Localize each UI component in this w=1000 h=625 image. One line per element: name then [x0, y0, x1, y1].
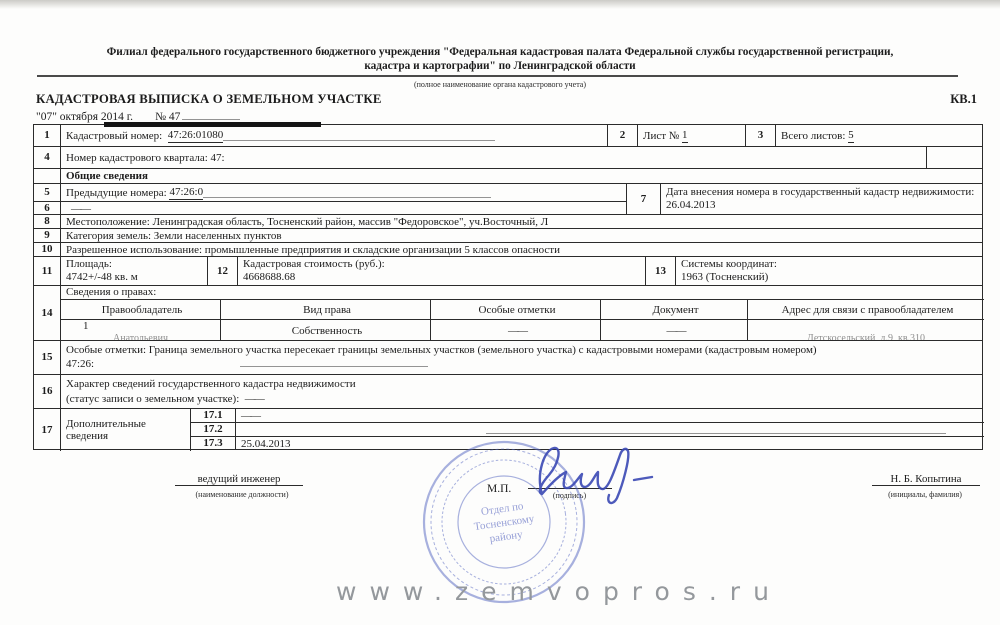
- quarter-number-cell: Номер кадастрового квартала: 47:: [61, 147, 927, 168]
- previous-numbers-label: Предыдущие номера:: [66, 187, 167, 200]
- erased-line: [203, 188, 491, 198]
- org-caption: (полное наименование органа кадастрового…: [0, 80, 1000, 89]
- permitted-use-cell: Разрешенное использование: промышленные …: [61, 243, 984, 256]
- empty-cell: [927, 147, 984, 168]
- additional-info-row: 17.2: [191, 423, 984, 437]
- row-number: 1: [34, 125, 61, 146]
- area-label: Площадь:: [66, 258, 112, 270]
- dash-value: ——: [245, 393, 263, 405]
- row-number: 14: [34, 286, 61, 340]
- table-row-1: 1 Кадастровый номер: 47:26:01080 2 Лист …: [34, 125, 982, 147]
- erased-line: [240, 357, 428, 367]
- name-caption: (инициалы, фамилия): [860, 490, 990, 499]
- table-row-15: 15 Особые отметки: Граница земельного уч…: [34, 341, 982, 375]
- sub-row-code: 17.1: [191, 409, 236, 422]
- row-number: 2: [608, 125, 638, 146]
- special-marks-text: Особые отметки: Граница земельного участ…: [66, 344, 817, 356]
- row-number: 6: [34, 202, 61, 214]
- cadastral-table: 1 Кадастровый номер: 47:26:01080 2 Лист …: [33, 124, 983, 450]
- location-label: Местоположение:: [66, 216, 150, 228]
- registration-date-cell: Дата внесения номера в государственный к…: [661, 184, 984, 214]
- previous-numbers-block: 5 Предыдущие номера: 47:26:0 6 ——: [34, 184, 627, 214]
- coordinate-system-value: 1963 (Тосненский): [681, 271, 768, 283]
- holder-address-cell: Детскосельский, д.9, кв.310: [748, 320, 984, 340]
- total-sheets-cell: Всего листов: 5: [776, 125, 983, 146]
- redaction-bar: [104, 122, 321, 127]
- right-type-header: Вид права: [221, 300, 431, 319]
- row-number: 8: [34, 215, 61, 228]
- doc-title: КАДАСТРОВАЯ ВЫПИСКА О ЗЕМЕЛЬНОМ УЧАСТКЕ: [36, 92, 382, 107]
- record-status-label: (статус записи о земельном участке):: [66, 393, 239, 405]
- table-row-9: 9 Категория земель: Земли населенных пун…: [34, 229, 982, 243]
- holder-index: 1: [61, 320, 220, 333]
- additional-info-label: Дополнительные сведения: [61, 409, 191, 451]
- right-type-value: Собственность: [221, 320, 431, 340]
- row-number: 4: [34, 147, 61, 168]
- row-number: 13: [646, 257, 676, 285]
- header-rule: [37, 75, 958, 77]
- org-name-line1: Филиал федерального государственного бюд…: [0, 46, 1000, 59]
- total-sheets-label: Всего листов:: [781, 130, 845, 143]
- cadastral-value-amount: 4668688.68: [243, 271, 295, 283]
- form-code: КВ.1: [950, 92, 977, 107]
- row-number: 12: [208, 257, 238, 285]
- cadastral-number-label: Кадастровый номер:: [66, 130, 162, 143]
- record-status-text: Характер сведений государственного кадас…: [66, 378, 356, 390]
- document-header: Документ: [601, 300, 748, 319]
- land-category-cell: Категория земель: Земли населенных пункт…: [61, 229, 984, 242]
- special-notes-header: Особые отметки: [431, 300, 601, 319]
- table-row-14: 14 Сведения о правах: Правообладатель Ви…: [34, 286, 982, 341]
- row-number: 5: [34, 184, 61, 201]
- rights-block: Сведения о правах: Правообладатель Вид п…: [61, 286, 984, 340]
- sub-row-code: 17.2: [191, 423, 236, 436]
- table-row-10: 10 Разрешенное использование: промышленн…: [34, 243, 982, 257]
- row-number: 9: [34, 229, 61, 242]
- cadastral-value-cell: Кадастровая стоимость (руб.): 4668688.68: [238, 257, 646, 285]
- sheet-number: 1: [682, 129, 688, 143]
- site-watermark: www.zemvopros.ru: [336, 577, 782, 606]
- rights-section-title: Сведения о правах:: [61, 286, 984, 300]
- previous-numbers-value: 47:26:0: [169, 186, 203, 200]
- rights-value-row: 1 Анатольевич Собственность —— —— Детско…: [61, 320, 984, 340]
- sheet-cell: Лист № 1: [638, 125, 746, 146]
- stamp-text-line3: району: [489, 529, 524, 546]
- row-number: 10: [34, 243, 61, 256]
- signer-name: Н. Б. Копытина: [872, 473, 980, 486]
- erased-line: [486, 424, 946, 434]
- area-value: 4742+/-48 кв. м: [66, 271, 138, 283]
- holder-cell: 1 Анатольевич: [61, 320, 221, 340]
- table-row-5-6-7: 5 Предыдущие номера: 47:26:0 6 —— 7 Дата…: [34, 184, 982, 215]
- signer-position: ведущий инженер: [175, 473, 303, 486]
- scan-edge-shadow: [0, 0, 1000, 9]
- area-cell: Площадь: 4742+/-48 кв. м: [61, 257, 208, 285]
- table-row-8: 8 Местоположение: Ленинградская область,…: [34, 215, 982, 229]
- row-number: 16: [34, 375, 61, 408]
- position-caption: (наименование должности): [152, 490, 332, 499]
- table-row-general: Общие сведения: [34, 169, 982, 184]
- table-row-6: 6 ——: [34, 202, 626, 214]
- sheet-label: Лист №: [643, 130, 679, 143]
- holder-header: Правообладатель: [61, 300, 221, 319]
- row-number: 15: [34, 341, 61, 374]
- document-value: ——: [601, 320, 748, 340]
- total-sheets-value: 5: [848, 129, 854, 143]
- signature-autograph: [526, 442, 662, 510]
- location-value: Ленинградская область, Тосненский район,…: [153, 216, 549, 228]
- cadastral-number-cell: Кадастровый номер: 47:26:01080: [61, 125, 608, 146]
- special-marks-number: 47:26:: [66, 358, 94, 370]
- holder-address-partial: Детскосельский, д.9, кв.310: [748, 334, 984, 340]
- general-info-heading: Общие сведения: [61, 169, 984, 183]
- row-number-empty: [34, 169, 61, 183]
- coordinate-system-cell: Системы координат: 1963 (Тосненский): [676, 257, 984, 285]
- cadastral-number-value: 47:26:01080: [168, 129, 224, 143]
- table-row-5: 5 Предыдущие номера: 47:26:0: [34, 184, 626, 202]
- coordinate-system-label: Системы координат:: [681, 258, 777, 270]
- sub-row-code: 17.3: [191, 437, 236, 450]
- special-marks-cell: Особые отметки: Граница земельного участ…: [61, 341, 984, 374]
- holder-name-partial: Анатольевич: [61, 334, 220, 340]
- scanned-document-page: Филиал федерального государственного бюд…: [0, 0, 1000, 625]
- erased-line: [182, 110, 240, 120]
- location-cell: Местоположение: Ленинградская область, Т…: [61, 215, 984, 228]
- special-notes-value: ——: [431, 320, 601, 340]
- record-status-cell: Характер сведений государственного кадас…: [61, 375, 984, 408]
- row-number: 7: [627, 184, 661, 214]
- rights-header-row: Правообладатель Вид права Особые отметки…: [61, 300, 984, 320]
- sub-row-value: ——: [236, 409, 984, 422]
- additional-info-row: 17.1 ——: [191, 409, 984, 423]
- row-number: 11: [34, 257, 61, 285]
- holder-address-header: Адрес для связи с правообладателем: [748, 300, 984, 319]
- sub-row-value: [236, 423, 984, 436]
- table-row-4: 4 Номер кадастрового квартала: 47:: [34, 147, 982, 169]
- table-row-16: 16 Характер сведений государственного ка…: [34, 375, 982, 409]
- cadastral-value-label: Кадастровая стоимость (руб.):: [243, 258, 385, 270]
- erased-line: [223, 131, 495, 141]
- org-name-line2: кадастра и картографии" по Ленинградской…: [0, 60, 1000, 73]
- table-row-11-12-13: 11 Площадь: 4742+/-48 кв. м 12 Кадастров…: [34, 257, 982, 286]
- previous-numbers-cell: Предыдущие номера: 47:26:0: [61, 184, 627, 201]
- dash-value: ——: [61, 202, 627, 214]
- row-number: 3: [746, 125, 776, 146]
- row-number: 17: [34, 409, 61, 451]
